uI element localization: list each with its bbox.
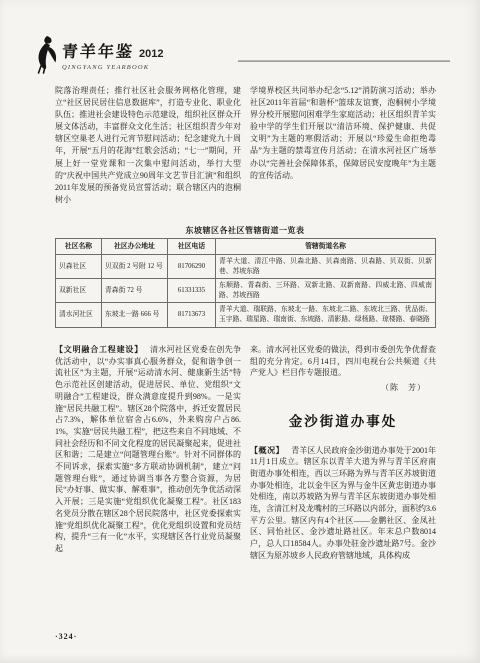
community-streets-table: 社区名称 社区办公地址 社区电话 管辖街道名称 贝森社区 贝双街 2 号附 12… — [55, 238, 436, 328]
streets-list: 东顺路、青森街、三环路、双新北路、双新南路、四威北路、四威南路、苏坡西路 — [216, 279, 436, 303]
col-header-phone: 社区电话 — [168, 239, 216, 255]
yearbook-subtitle: QINGYANG YEARBOOK — [62, 64, 164, 71]
section-label-overview: 【概况】 — [250, 446, 284, 455]
yearbook-masthead: 青羊年鉴 2012 QINGYANG YEARBOOK — [62, 39, 164, 71]
community-phone: 81706290 — [168, 255, 216, 279]
right-column-lower: 来。清水河社区党委的做法，得到市委创先争优督查组的充分肯定。6月14日，四川电视… — [250, 344, 436, 634]
right-column-continued-paragraph: 学境界校区共同举办纪念“5.12”消防演习活动；举办社区2011年首届“和谐杯”… — [250, 85, 436, 209]
community-phone: 81713673 — [168, 303, 216, 327]
table-title: 东坡辖区各社区管辖街道一览表 — [55, 225, 435, 236]
yearbook-brush-logo-icon — [33, 35, 59, 75]
overview-body: 青羊区人民政府金沙街道办事处于2001年11月1日成立。辖区东以青羊大道为界与青… — [250, 446, 436, 560]
table-row: 双新社区 青森街 72 号 61331335 东顺路、青森街、三环路、双新北路、… — [56, 279, 436, 303]
community-name: 贝森社区 — [56, 255, 102, 279]
office-address: 青森街 72 号 — [102, 279, 168, 303]
community-name: 清水河社区 — [56, 303, 102, 327]
yearbook-year: 2012 — [139, 48, 163, 60]
overview-paragraph: 【概况】青羊区人民政府金沙街道办事处于2001年11月1日成立。辖区东以青羊大道… — [250, 445, 436, 562]
yearbook-page: 青羊年鉴 2012 QINGYANG YEARBOOK 院落治理责任；推行社区社… — [0, 0, 480, 663]
continuation-paragraph: 来。清水河社区党委的做法，得到市委创先争优督查组的充分肯定。6月14日，四川电视… — [250, 344, 436, 379]
streets-list: 青羊大道、清江中路、贝森北路、贝森南路、贝森路、贝双街、贝新巷、苏坡东路 — [216, 255, 436, 279]
civilization-project-paragraph: 【文明融合工程建设】清水河社区党委在创先争优活动中，以“办实事真心服务群众，促和… — [55, 344, 241, 555]
community-name: 双新社区 — [56, 279, 102, 303]
col-header-community-name: 社区名称 — [56, 239, 102, 255]
office-address: 贝双街 2 号附 12 号 — [102, 255, 168, 279]
civilization-project-section: 【文明融合工程建设】清水河社区党委在创先争优活动中，以“办实事真心服务群众，促和… — [55, 344, 241, 628]
civilization-project-body: 清水河社区党委在创先争优活动中，以“办实事真心服务群众，促和谐争创一流社区”为主… — [55, 345, 241, 553]
streets-list: 青羊大道、瑞联路、东坡北一路、东坡北二路、东坡北三路、优品街、玉宇路、瑞星路、瑞… — [216, 303, 436, 327]
jinsha-subdistrict-heading: 金沙街道办事处 — [250, 416, 436, 428]
community-phone: 61331335 — [168, 279, 216, 303]
col-header-streets: 管辖街道名称 — [216, 239, 436, 255]
section-label-civilization-project: 【文明融合工程建设】 — [55, 345, 143, 354]
office-address: 东坡北一路 666 号 — [102, 303, 168, 327]
table-header-row: 社区名称 社区办公地址 社区电话 管辖街道名称 — [56, 239, 436, 255]
table-row: 清水河社区 东坡北一路 666 号 81713673 青羊大道、瑞联路、东坡北一… — [56, 303, 436, 327]
table-row: 贝森社区 贝双街 2 号附 12 号 81706290 青羊大道、清江中路、贝森… — [56, 255, 436, 279]
col-header-office-address: 社区办公地址 — [102, 239, 168, 255]
yearbook-title: 青羊年鉴 — [61, 39, 135, 62]
author-byline: （陈 芳） — [250, 382, 436, 394]
header-divider — [238, 60, 450, 62]
left-column-continued-paragraph: 院落治理责任；推行社区社会服务网格化管理，建立“社区居民居住信息数据库”，打造专… — [55, 85, 241, 209]
page-number: ·324· — [55, 632, 77, 641]
